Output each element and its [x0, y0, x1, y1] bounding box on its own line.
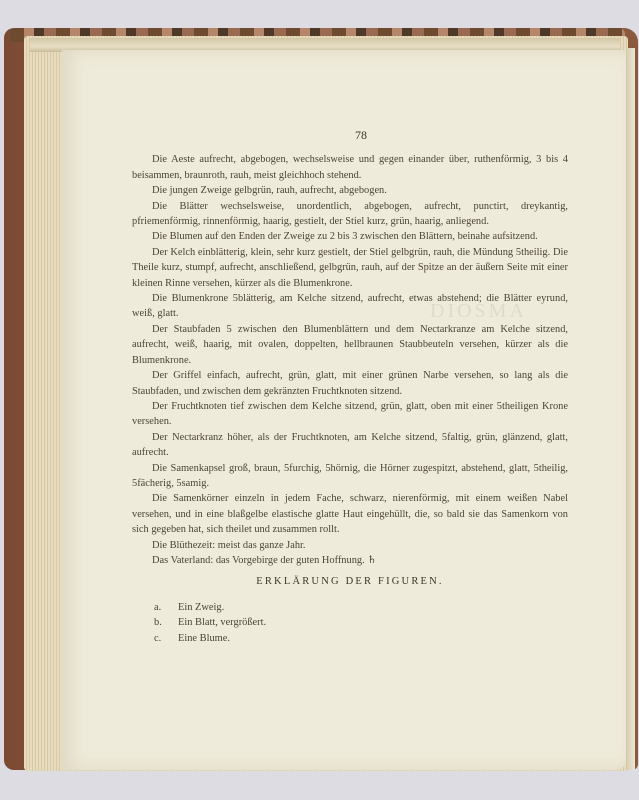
figure-letter: b. — [154, 615, 166, 630]
paragraph-ovary: Der Fruchtknoten tief zwischen dem Kelch… — [132, 399, 568, 430]
paragraph-seeds: Die Samenkörner einzeln in jedem Fache, … — [132, 491, 568, 537]
page-number: 78 — [132, 128, 568, 143]
figure-text: Ein Blatt, vergrößert. — [178, 615, 266, 630]
page-right-edge — [627, 48, 635, 770]
section-heading-figures: ERKLÄRUNG DER FIGUREN. — [132, 574, 568, 589]
paragraph-branches: Die Aeste aufrecht, abgebogen, wechselsw… — [132, 152, 568, 183]
figure-text: Ein Zweig. — [178, 600, 224, 615]
figure-item: a. Ein Zweig. — [154, 600, 568, 615]
figure-item: b. Ein Blatt, vergrößert. — [154, 615, 568, 630]
figure-letter: a. — [154, 600, 166, 615]
paragraph-native-land: Das Vaterland: das Vorgebirge der guten … — [132, 553, 568, 568]
paragraph-flowers: Die Blumen auf den Enden der Zweige zu 2… — [132, 229, 568, 244]
paragraph-flowering-time: Die Blüthezeit: meist das ganze Jahr. — [132, 538, 568, 553]
paragraph-capsule: Die Samenkapsel groß, braun, 5furchig, 5… — [132, 461, 568, 492]
paragraph-corolla: Die Blumenkrone 5blätterig, am Kelche si… — [132, 291, 568, 322]
figure-letter: c. — [154, 631, 166, 646]
figure-list: a. Ein Zweig. b. Ein Blatt, vergrößert. … — [154, 600, 568, 646]
paragraph-calyx: Der Kelch einblätterig, klein, sehr kurz… — [132, 245, 568, 291]
paragraph-style: Der Griffel einfach, aufrecht, grün, gla… — [132, 368, 568, 399]
figure-item: c. Eine Blume. — [154, 631, 568, 646]
paragraph-nectary: Der Nectarkranz höher, als der Fruchtkno… — [132, 430, 568, 461]
paragraph-young-twigs: Die jungen Zweige gelbgrün, rauh, aufrec… — [132, 183, 568, 198]
paragraph-leaves: Die Blätter wechselsweise, unordentlich,… — [132, 199, 568, 230]
paragraph-stamens: Der Staubfaden 5 zwischen den Blumenblät… — [132, 322, 568, 368]
page-content: 78 Die Aeste aufrecht, abgebogen, wechse… — [132, 128, 568, 646]
figure-text: Eine Blume. — [178, 631, 230, 646]
